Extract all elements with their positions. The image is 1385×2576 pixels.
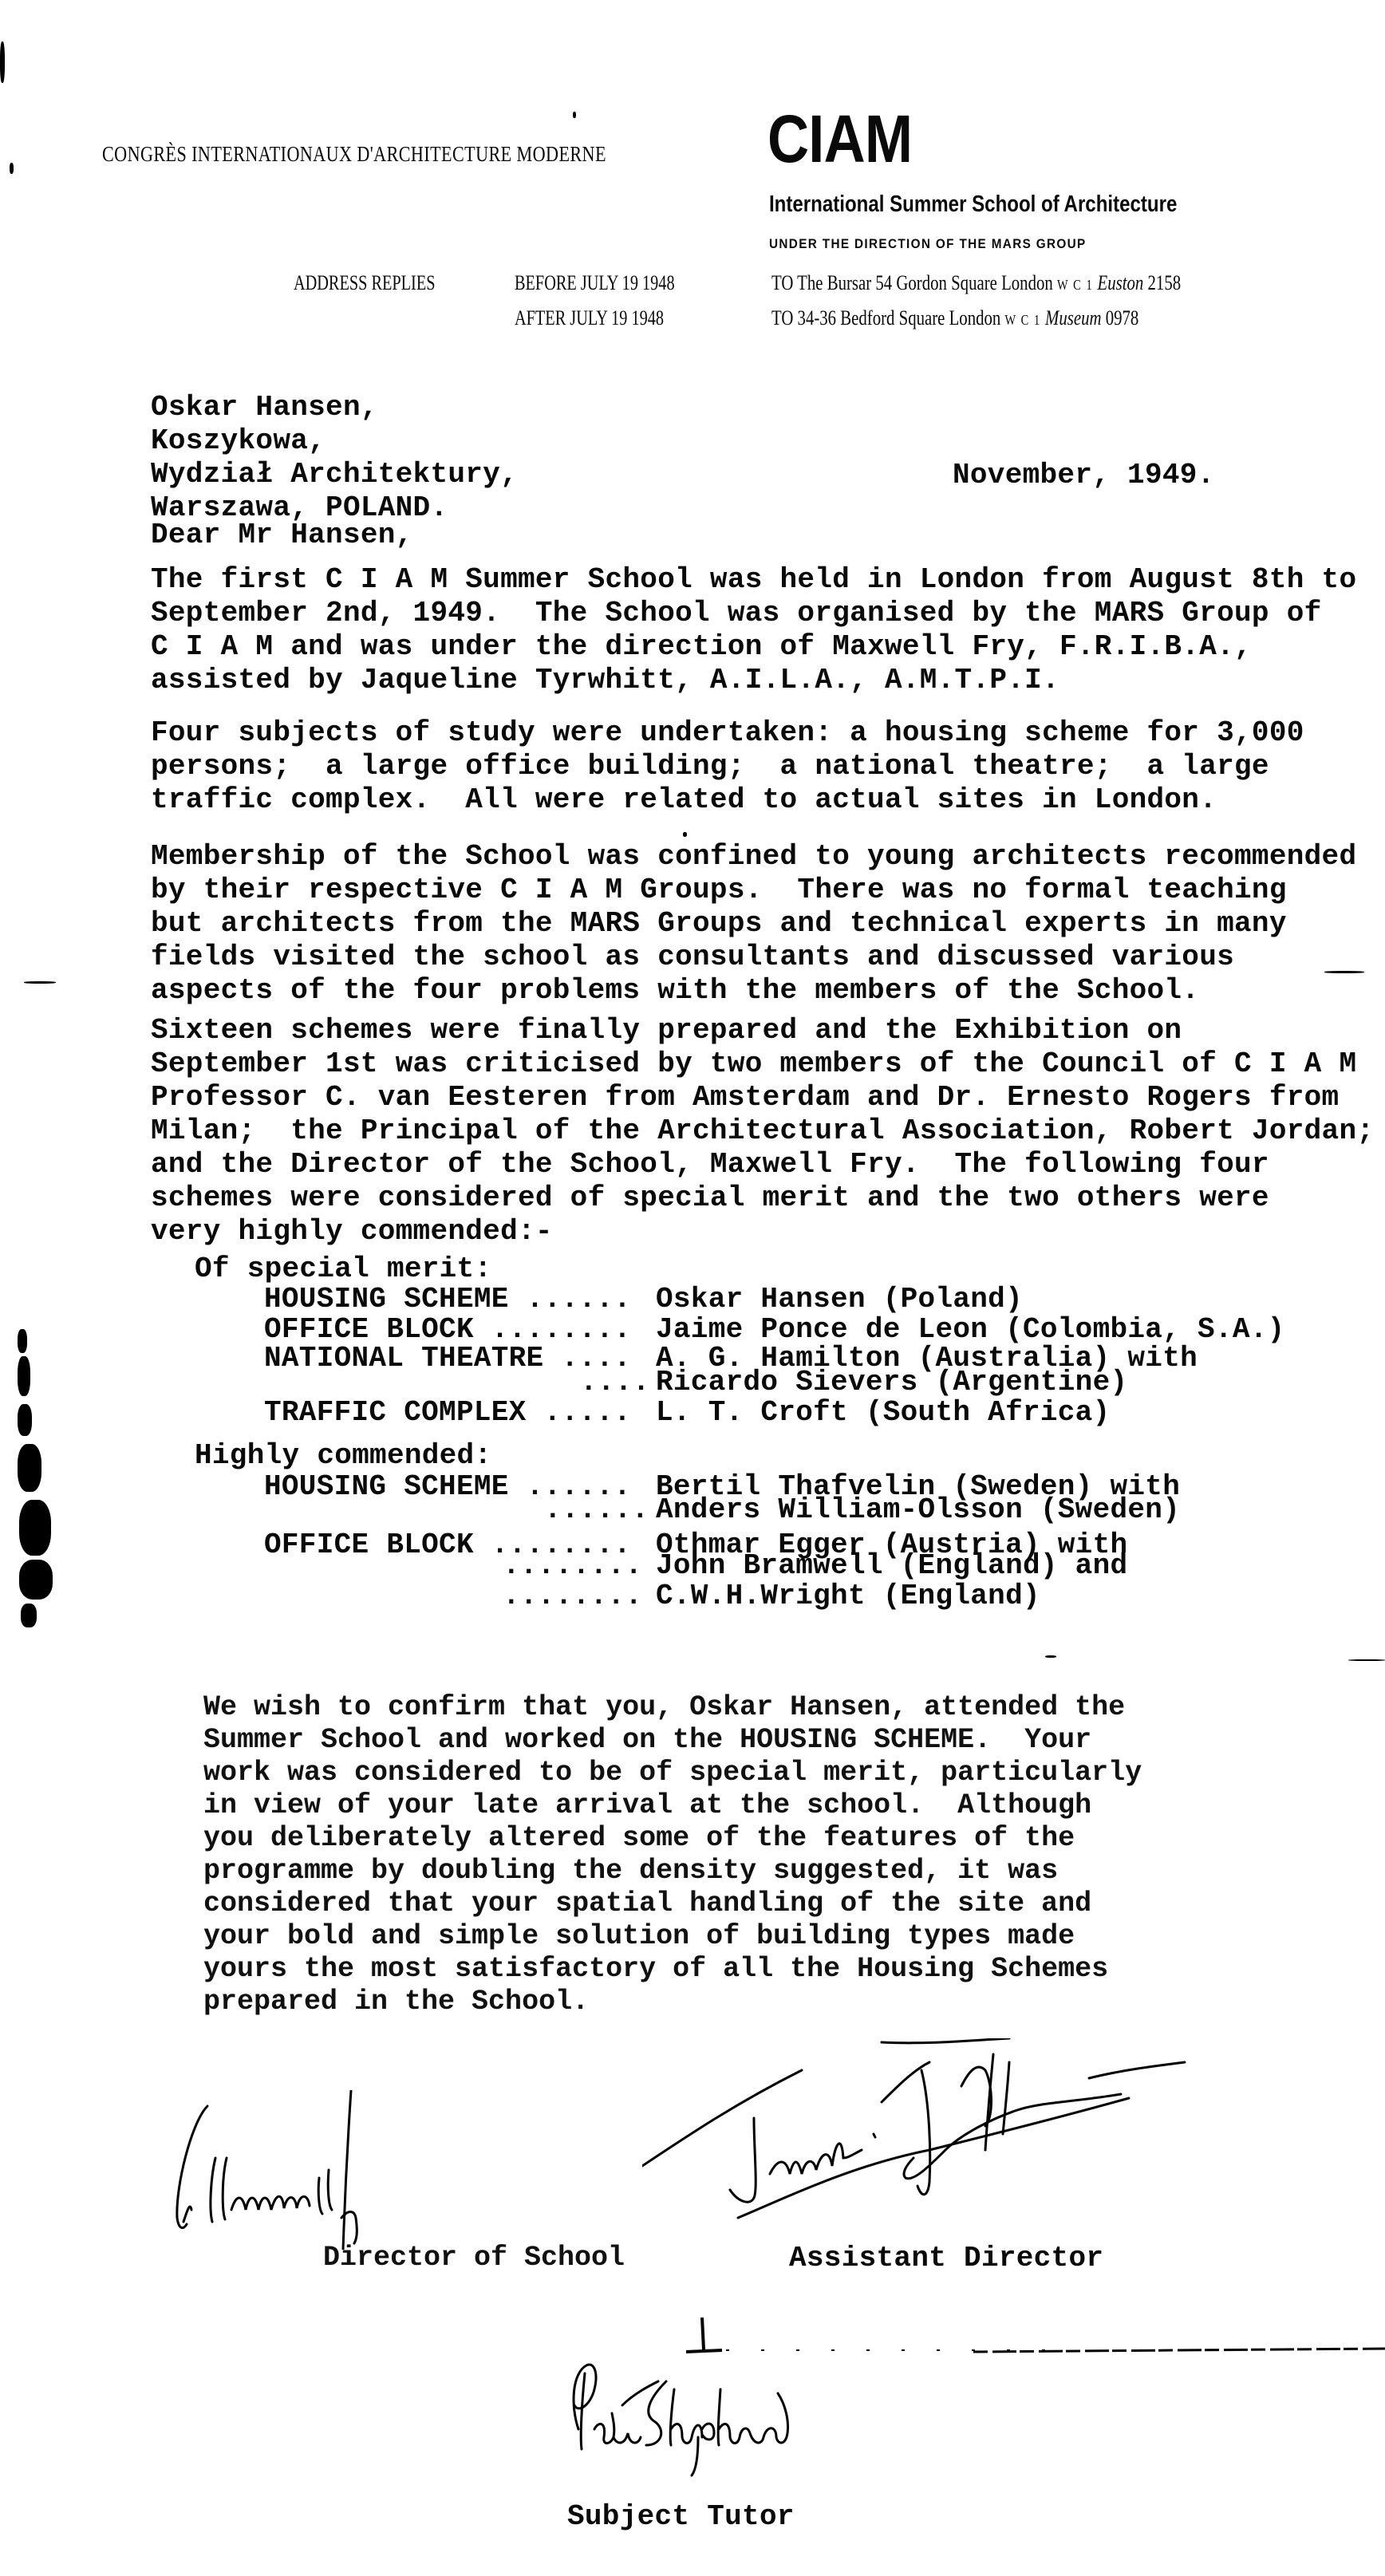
text-line: Summer School and worked on the HOUSING … — [203, 1724, 1142, 1757]
text-line: yours the most satisfactory of all the H… — [203, 1953, 1142, 1986]
text-line: We wish to confirm that you, Oskar Hanse… — [203, 1691, 1142, 1724]
text-line: you deliberately altered some of the fea… — [203, 1822, 1142, 1855]
text-line: persons; a large office building; a nati… — [151, 750, 1304, 783]
award-dots: .... — [580, 1366, 650, 1399]
letterhead-organisation-name: CONGRÈS INTERNATIONAUX D'ARCHITECTURE MO… — [102, 142, 606, 167]
award-row: TRAFFIC COMPLEX ..... — [264, 1396, 631, 1430]
text-line: but architects from the MARS Groups and … — [151, 907, 1356, 941]
text-line: considered that your spatial handling of… — [203, 1888, 1142, 1920]
text-line: Membership of the School was confined to… — [151, 840, 1356, 874]
scan-mark — [24, 981, 56, 984]
text-line: assisted by Jaqueline Tyrwhitt, A.I.L.A.… — [151, 664, 1356, 697]
award-category: OFFICE BLOCK — [264, 1529, 474, 1561]
award-category: NATIONAL THEATRE — [264, 1342, 543, 1375]
text-line: prepared in the School. — [203, 1986, 1142, 2018]
signature-assistant-icon — [642, 2038, 1344, 2238]
address-replies-label: ADDRESS REPLIES — [294, 271, 435, 295]
letter-date: November, 1949. — [953, 459, 1215, 492]
text-line: traffic complex. All were related to act… — [151, 783, 1304, 817]
scan-mark — [21, 1604, 37, 1627]
recipient-line: Wydział Architektury, — [151, 458, 518, 491]
after-address: TO 34-36 Bedford Square London W C 1 Mus… — [771, 306, 1138, 330]
scan-mark — [683, 832, 687, 837]
paragraph-summer-school: The first C I A M Summer School was held… — [151, 563, 1356, 697]
text-line: work was considered to be of special mer… — [203, 1757, 1142, 1789]
scan-mark — [18, 1444, 41, 1492]
after-phone: 0978 — [1106, 306, 1139, 329]
scan-mark — [18, 1404, 32, 1436]
paragraph-confirmation: We wish to confirm that you, Oskar Hanse… — [203, 1691, 1142, 2018]
signature-director-icon — [160, 2090, 606, 2250]
scan-mark — [1348, 1659, 1385, 1661]
letterhead-school-name: International Summer School of Architect… — [769, 191, 1177, 218]
recipient-line: Oskar Hansen, — [151, 391, 518, 424]
text-line: in view of your late arrival at the scho… — [203, 1789, 1142, 1822]
award-category: TRAFFIC COMPLEX — [264, 1396, 527, 1429]
text-line: Milan; the Principal of the Architectura… — [151, 1114, 1374, 1148]
award-dots: ........ — [503, 1549, 642, 1583]
scan-mark — [573, 112, 576, 118]
text-line: programme by doubling the density sugges… — [203, 1855, 1142, 1888]
recipient-line: Koszykowa, — [151, 424, 518, 458]
text-line: Four subjects of study were undertaken: … — [151, 716, 1304, 750]
award-winner: Ricardo Sievers (Argentine) — [656, 1366, 1127, 1399]
award-winner: Anders William-Olsson (Sweden) — [656, 1493, 1180, 1527]
text-line: The first C I A M Summer School was held… — [151, 563, 1356, 597]
paragraph-membership: Membership of the School was confined to… — [151, 840, 1356, 1008]
text-line: Professor C. van Eesteren from Amsterdam… — [151, 1081, 1374, 1114]
letterhead-direction-line: UNDER THE DIRECTION OF THE MARS GROUP — [769, 236, 1087, 252]
award-category: HOUSING SCHEME — [264, 1283, 509, 1316]
award-category: HOUSING SCHEME — [264, 1470, 509, 1503]
scan-mark — [19, 1500, 51, 1556]
salutation: Dear Mr Hansen, — [151, 519, 413, 552]
text-line: your bold and simple solution of buildin… — [203, 1920, 1142, 1953]
paragraph-exhibition: Sixteen schemes were finally prepared an… — [151, 1014, 1374, 1249]
scan-mark — [18, 1329, 27, 1353]
text-line: schemes were considered of special merit… — [151, 1181, 1374, 1215]
text-line: Sixteen schemes were finally prepared an… — [151, 1014, 1374, 1047]
text-line: September 2nd, 1949. The School was orga… — [151, 597, 1356, 630]
award-dots: ........ — [491, 1313, 631, 1346]
award-row: HOUSING SCHEME ...... — [264, 1283, 631, 1316]
after-postcode: W C 1 — [1005, 312, 1041, 328]
text-line: C I A M and was under the direction of M… — [151, 630, 1356, 664]
scan-mark — [18, 1356, 30, 1396]
award-category: OFFICE BLOCK — [264, 1313, 474, 1346]
award-winner: L. T. Croft (South Africa) — [656, 1396, 1111, 1430]
scan-mark — [10, 163, 14, 174]
letterhead-ciam-logo: CIAM — [767, 105, 912, 172]
award-winner: Oskar Hansen (Poland) — [656, 1283, 1023, 1316]
before-address-street: TO The Bursar 54 Gordon Square London — [771, 271, 1053, 294]
after-date: AFTER JULY 19 1948 — [515, 306, 664, 330]
label-assistant-director: Assistant Director — [789, 2242, 1103, 2275]
text-line: September 1st was criticised by two memb… — [151, 1047, 1374, 1081]
before-address: TO The Bursar 54 Gordon Square London W … — [771, 271, 1181, 295]
label-director-of-school: Director of School — [323, 2242, 625, 2274]
award-dots: ...... — [527, 1283, 631, 1316]
before-date: BEFORE JULY 19 1948 — [515, 271, 675, 295]
highly-commended-heading: Highly commended: — [195, 1439, 491, 1473]
award-winner: John Bramwell (England) and — [656, 1549, 1127, 1583]
scan-mark — [1324, 971, 1364, 973]
scan-mark — [1045, 1655, 1056, 1658]
text-line: aspects of the four problems with the me… — [151, 974, 1356, 1008]
scan-mark — [0, 41, 5, 83]
text-line: and the Director of the School, Maxwell … — [151, 1148, 1374, 1181]
award-dots: ...... — [544, 1493, 649, 1527]
award-dots: ..... — [543, 1396, 631, 1429]
award-winner: C.W.H.Wright (England) — [656, 1580, 1040, 1613]
award-row: NATIONAL THEATRE .... — [264, 1342, 631, 1375]
signature-tutor-icon — [562, 2357, 850, 2477]
text-line: by their respective C I A M Groups. Ther… — [151, 874, 1356, 907]
text-line: very highly commended:- — [151, 1215, 1374, 1249]
label-subject-tutor: Subject Tutor — [567, 2500, 795, 2534]
before-postcode: W C 1 — [1057, 277, 1093, 293]
after-address-street: TO 34-36 Bedford Square London — [771, 306, 1000, 329]
before-phone: 2158 — [1148, 271, 1182, 294]
before-exchange: Euston — [1098, 271, 1144, 294]
torn-line-icon — [670, 2314, 1385, 2361]
paragraph-subjects: Four subjects of study were undertaken: … — [151, 716, 1304, 817]
award-dots: ........ — [503, 1580, 642, 1613]
after-exchange: Museum — [1045, 306, 1101, 329]
special-merit-heading: Of special merit: — [195, 1252, 491, 1286]
scan-mark — [19, 1560, 53, 1600]
text-line: fields visited the school as consultants… — [151, 941, 1356, 974]
